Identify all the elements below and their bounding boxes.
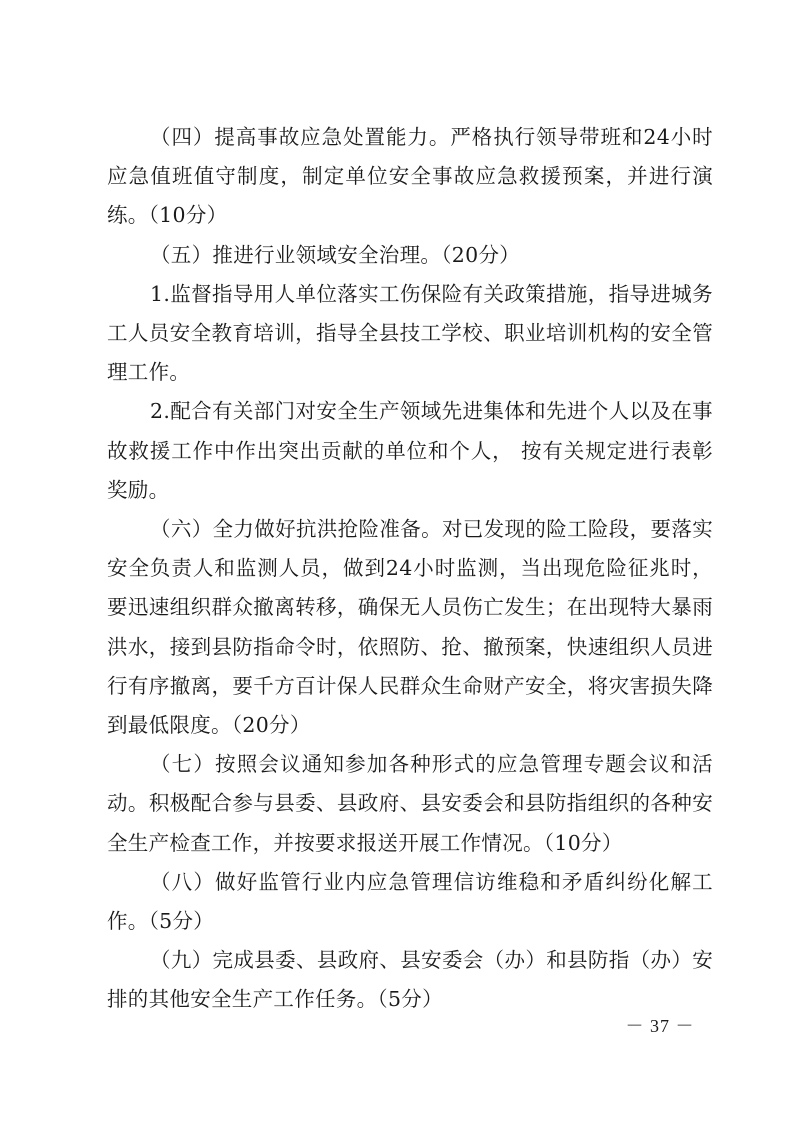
paragraph-heading: （五）推进行业领域安全治理。 [150, 243, 441, 267]
paragraph-text: 积极配合参与县委、县政府、县安委会和县防指组织的各种安全生产检查工作，并按要求报… [107, 791, 713, 854]
paragraph-5-item-2: 2.配合有关部门对安全生产领域先进集体和先进个人以及在事故救援工作中作出突出贡献… [107, 392, 713, 510]
paragraph-5-industry-safety: （五）推进行业领域安全治理。（20分） [107, 236, 713, 275]
item-number: 1. [150, 282, 170, 306]
item-number: 2. [150, 399, 170, 423]
paragraph-text: 配合有关部门对安全生产领域先进集体和先进个人以及在事故救援工作中作出突出贡献的单… [107, 399, 713, 501]
paragraph-6-flood-prep: （六）全力做好抗洪抢险准备。对已发现的险工险段，要落实安全负责人和监测人员，做到… [107, 510, 713, 745]
page-number: － 37 － [620, 1012, 700, 1038]
paragraph-text: （5分） [377, 987, 443, 1011]
paragraph-text: 监督指导用人单位落实工伤保险有关政策措施，指导进城务工人员安全教育培训，指导全县… [107, 282, 713, 384]
paragraph-heading: （六）全力做好抗洪抢险准备。 [150, 517, 442, 541]
paragraph-text: 对已发现的险工险段，要落实安全负责人和监测人员，做到24小时监测，当出现危险征兆… [107, 517, 713, 737]
paragraph-heading: （四）提高事故应急处置能力。 [150, 125, 450, 149]
paragraph-text: （5分） [149, 909, 215, 933]
document-body: （四）提高事故应急处置能力。严格执行领导带班和24小时应急值班值守制度，制定单位… [107, 118, 713, 1020]
paragraph-8-petition: （八）做好监管行业内应急管理信访维稳和矛盾纠纷化解工作。（5分） [107, 863, 713, 941]
paragraph-5-item-1: 1.监督指导用人单位落实工伤保险有关政策措施，指导进城务工人员安全教育培训，指导… [107, 275, 713, 393]
paragraph-9-other-tasks: （九）完成县委、县政府、县安委会（办）和县防指（办）安排的其他安全生产工作任务。… [107, 941, 713, 1019]
paragraph-text: （20分） [441, 243, 520, 267]
paragraph-4-emergency-capability: （四）提高事故应急处置能力。严格执行领导带班和24小时应急值班值守制度，制定单位… [107, 118, 713, 236]
paragraph-7-meetings: （七）按照会议通知参加各种形式的应急管理专题会议和活动。积极配合参与县委、县政府… [107, 745, 713, 863]
